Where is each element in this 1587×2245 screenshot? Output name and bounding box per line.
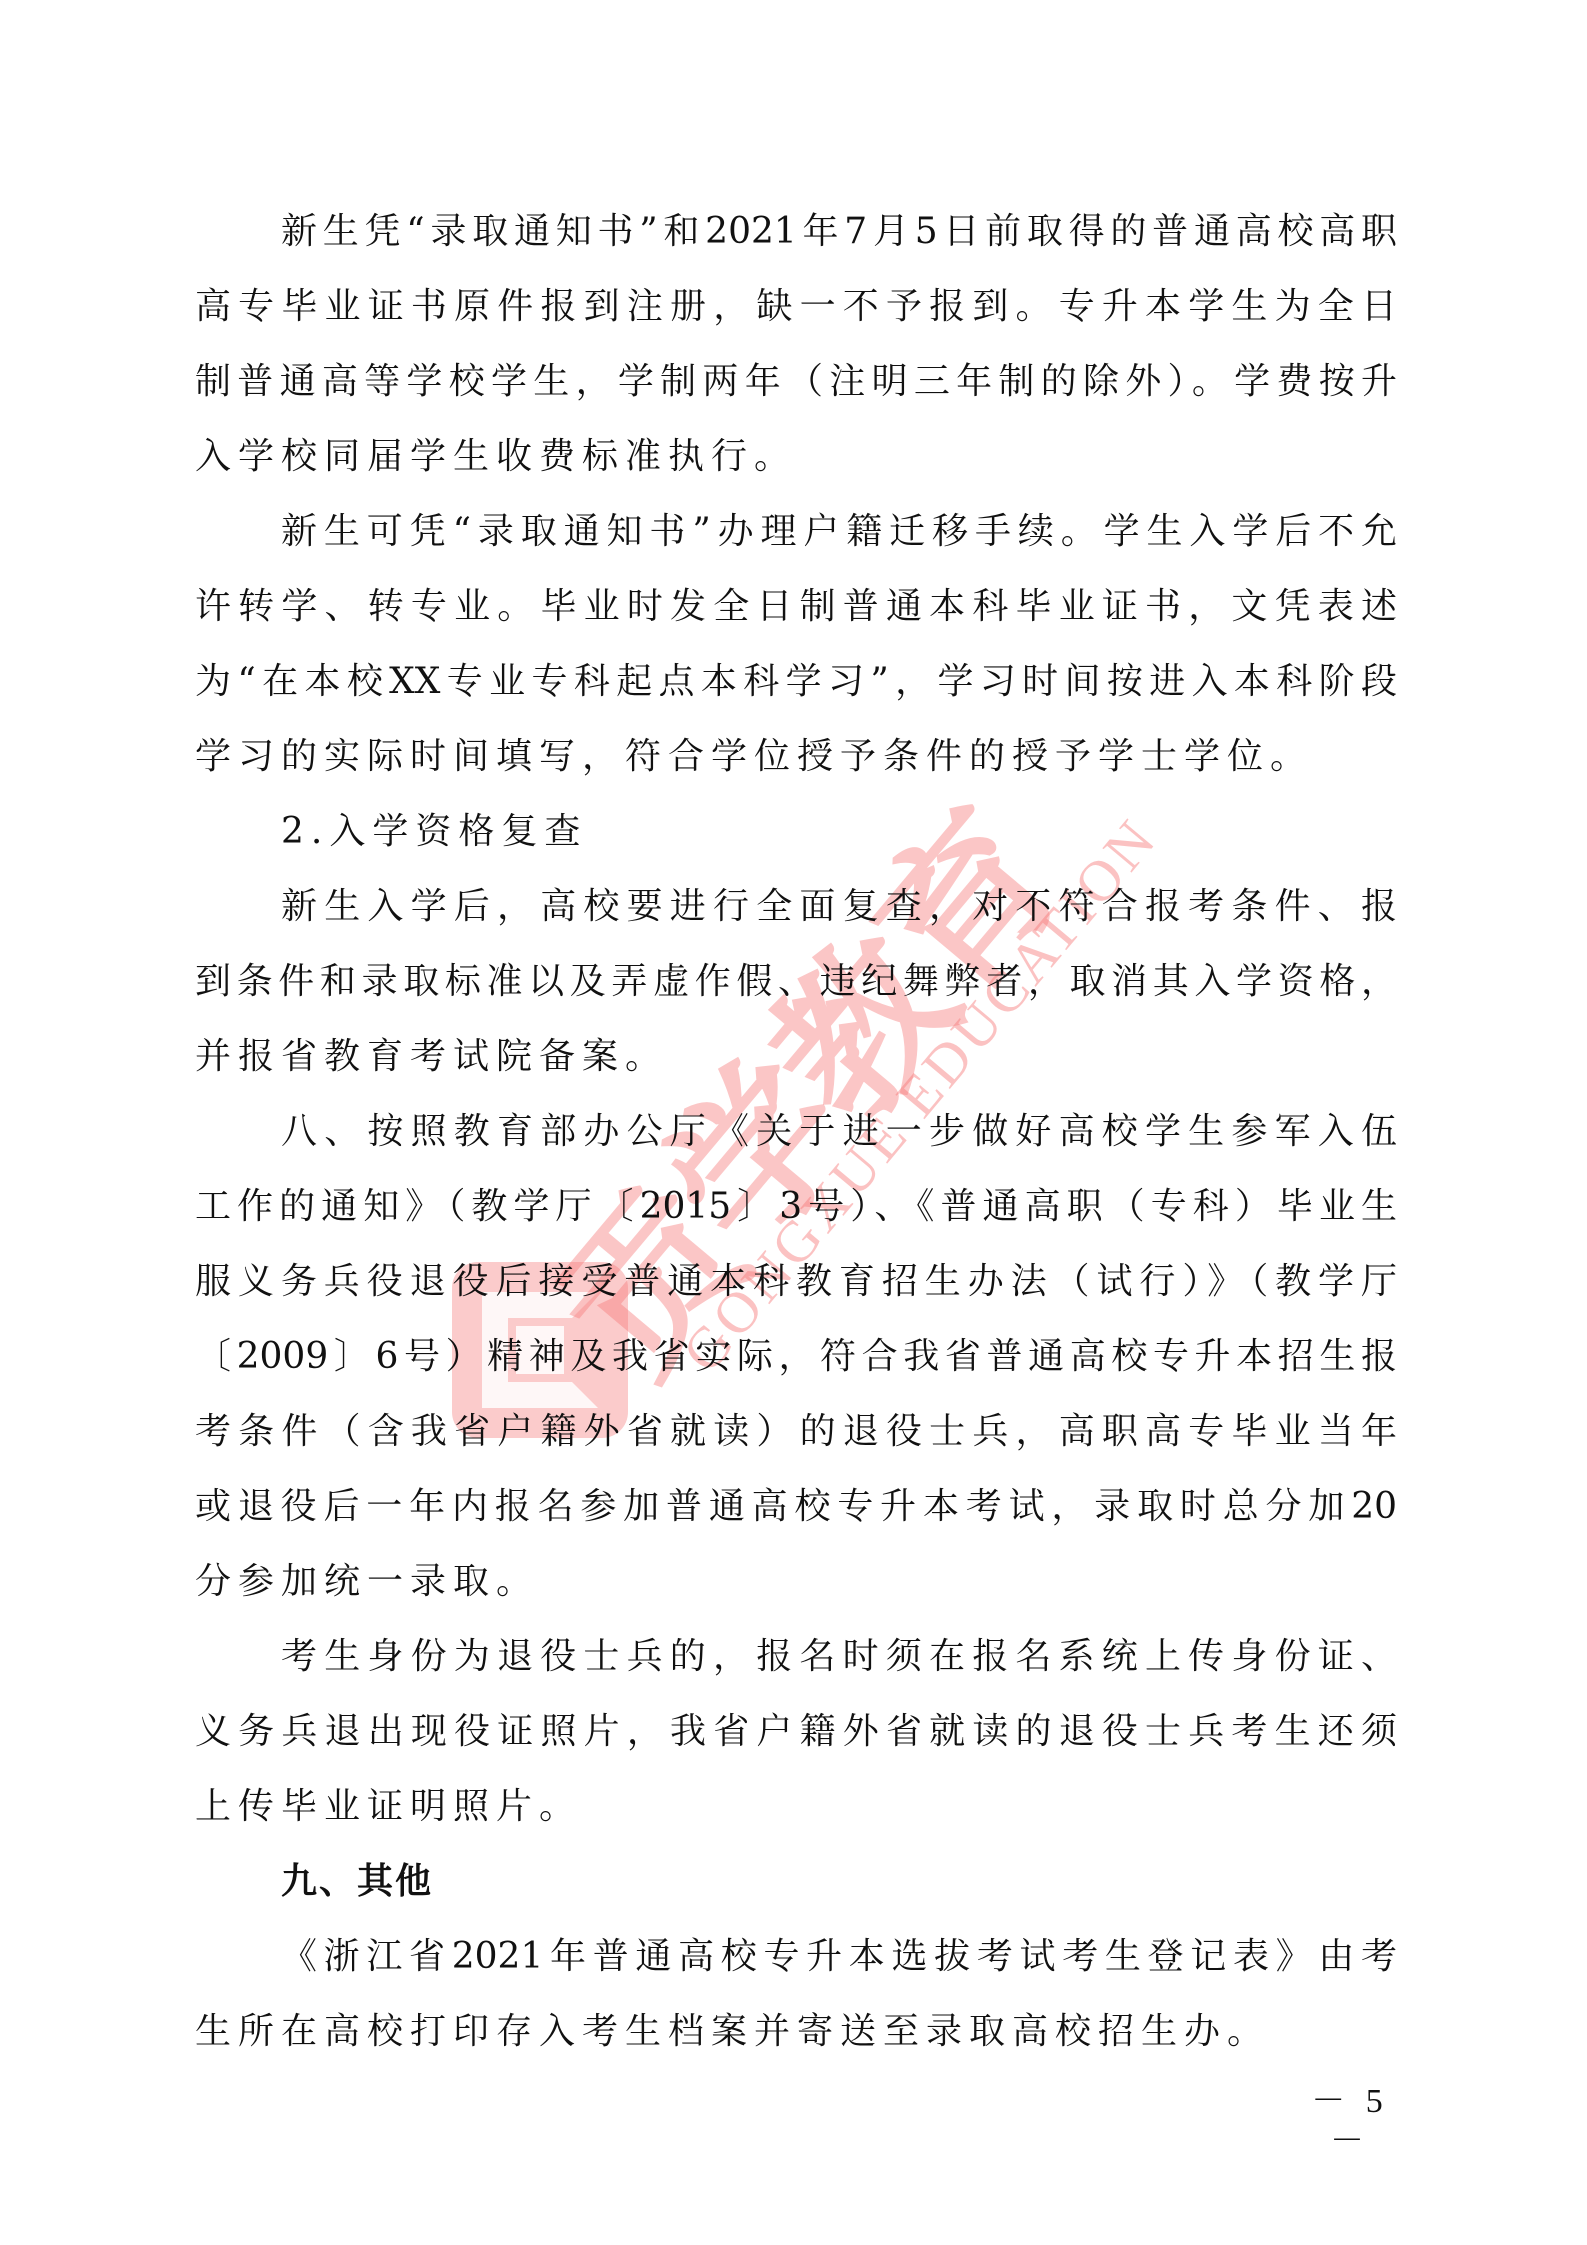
paragraph-4-line-2: 工作的通知》（教学厅〔2015〕3号）、《普通高职（专科）毕业生 bbox=[195, 1185, 1397, 1229]
paragraph-1-line-3: 制普通高等学校学生，学制两年（注明三年制的除外）。学费按升 bbox=[195, 360, 1397, 404]
paragraph-4-line-4: 〔2009〕6号）精神及我省实际，符合我省普通高校专升本招生报 bbox=[195, 1335, 1397, 1379]
paragraph-4-line-5: 考条件（含我省户籍外省就读）的退役士兵，高职高专毕业当年 bbox=[195, 1410, 1397, 1454]
paragraph-4-line-7: 分参加统一录取。 bbox=[195, 1560, 1397, 1604]
paragraph-4-line-6: 或退役后一年内报名参加普通高校专升本考试，录取时总分加20 bbox=[195, 1485, 1397, 1529]
paragraph-3-line-1: 新生入学后，高校要进行全面复查，对不符合报考条件、报 bbox=[281, 885, 1397, 929]
paragraph-3-line-2: 到条件和录取标准以及弄虚作假、违纪舞弊者，取消其入学资格， bbox=[195, 960, 1397, 1004]
page-number: － 5 － bbox=[1300, 2082, 1400, 2122]
paragraph-2-line-1: 新生可凭“录取通知书”办理户籍迁移手续。学生入学后不允 bbox=[281, 510, 1397, 554]
paragraph-1-line-2: 高专毕业证书原件报到注册，缺一不予报到。专升本学生为全日 bbox=[195, 285, 1397, 329]
paragraph-6-line-1: 《浙江省2021年普通高校专升本选拔考试考生登记表》由考 bbox=[281, 1935, 1397, 1979]
paragraph-2-line-4: 学习的实际时间填写，符合学位授予条件的授予学士学位。 bbox=[195, 735, 1397, 779]
paragraph-3-line-3: 并报省教育考试院备案。 bbox=[195, 1035, 1397, 1079]
paragraph-5-line-2: 义务兵退出现役证照片，我省户籍外省就读的退役士兵考生还须 bbox=[195, 1710, 1397, 1754]
paragraph-6-line-2: 生所在高校打印存入考生档案并寄送至录取高校招生办。 bbox=[195, 2010, 1397, 2054]
paragraph-1-line-1: 新生凭“录取通知书”和2021年7月5日前取得的普通高校高职 bbox=[281, 210, 1397, 254]
paragraph-1-line-4: 入学校同届学生收费标准执行。 bbox=[195, 435, 1397, 479]
subheading-enrollment-review: 2.入学资格复查 bbox=[281, 810, 1397, 854]
section-heading-other: 九、其他 bbox=[281, 1860, 1397, 1904]
paragraph-2-line-3: 为“在本校XX专业专科起点本科学习”，学习时间按进入本科阶段 bbox=[195, 660, 1397, 704]
paragraph-5-line-3: 上传毕业证明照片。 bbox=[195, 1785, 1397, 1829]
document-page: 贡学教育 GONGXUE EDUCATION 新生凭“录取通知书”和2021年7… bbox=[0, 0, 1587, 2245]
paragraph-2-line-2: 许转学、转专业。毕业时发全日制普通本科毕业证书，文凭表述 bbox=[195, 585, 1397, 629]
paragraph-4-line-1: 八、按照教育部办公厅《关于进一步做好高校学生参军入伍 bbox=[281, 1110, 1397, 1154]
paragraph-5-line-1: 考生身份为退役士兵的，报名时须在报名系统上传身份证、 bbox=[281, 1635, 1397, 1679]
paragraph-4-line-3: 服义务兵役退役后接受普通本科教育招生办法（试行）》（教学厅 bbox=[195, 1260, 1397, 1304]
